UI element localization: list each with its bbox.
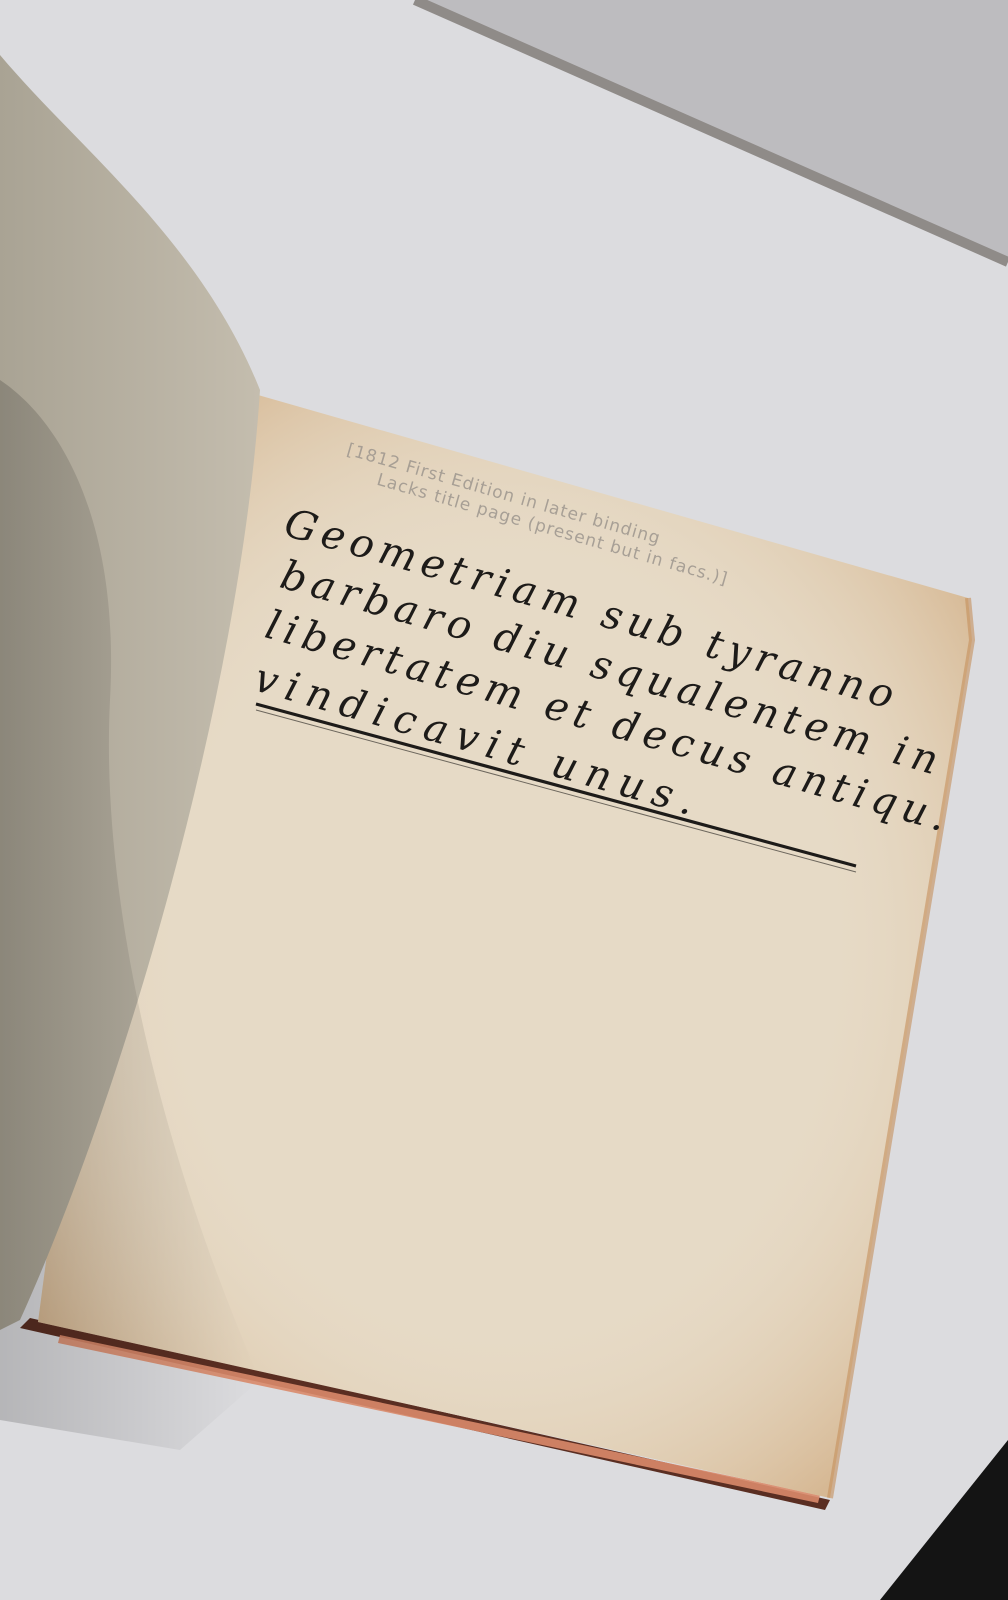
- photo-scene: [1812 First Edition in later binding Lac…: [0, 0, 1008, 1600]
- book-photo-background: [0, 0, 1008, 1600]
